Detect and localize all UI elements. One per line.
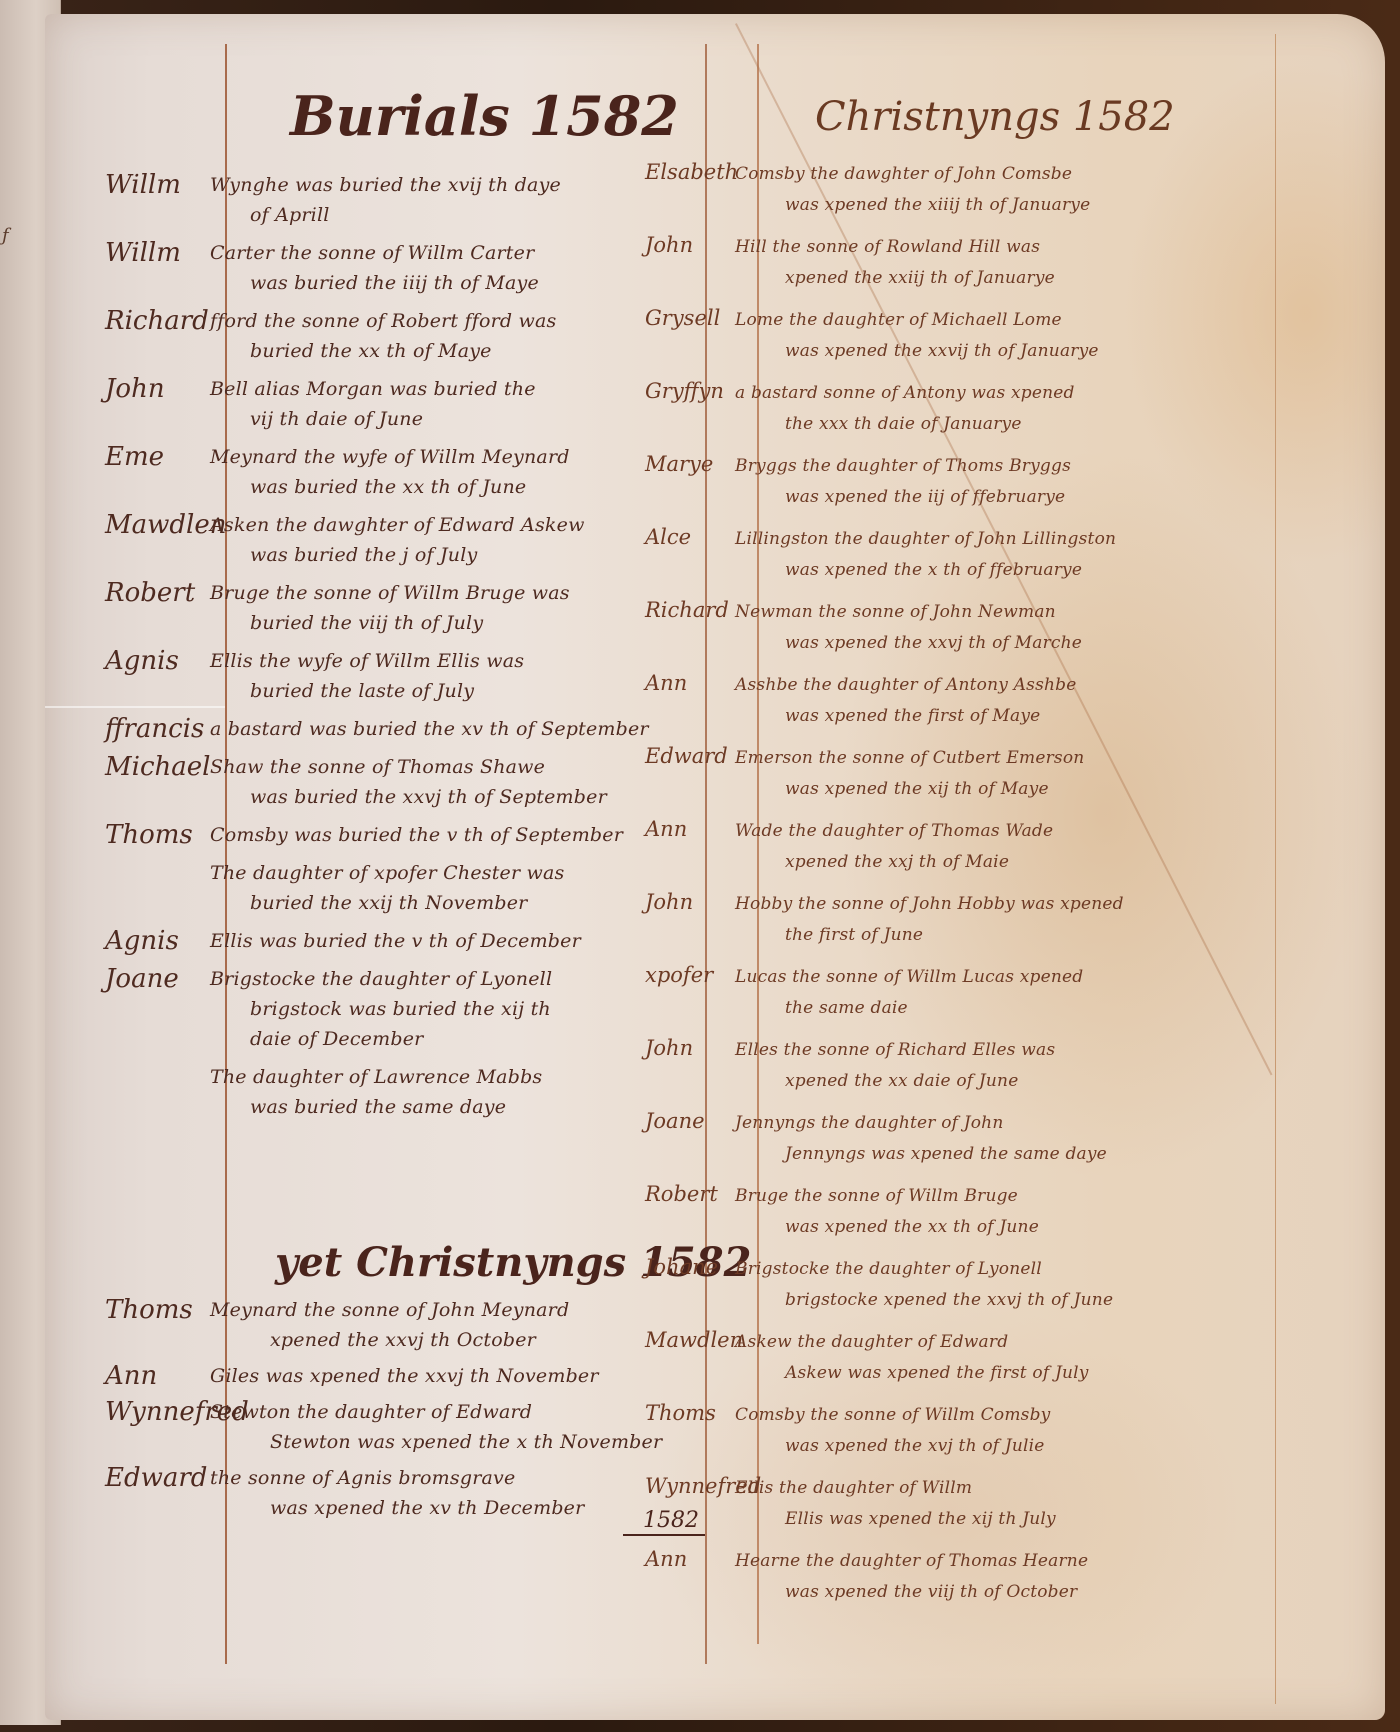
entry-text-line: Newman the sonne of John Newman xyxy=(735,602,1056,622)
entry-text-line: was xpened the xx th of June xyxy=(785,1217,1039,1237)
entry-name: Grysell xyxy=(645,306,720,330)
entry-text-line: Jennyngs was xpened the same daye xyxy=(785,1144,1107,1164)
entry-text-line: Ellis the wyfe of Willm Ellis was xyxy=(210,650,524,672)
entry-text-line: daie of December xyxy=(250,1028,423,1050)
entry-text-line: xpened the xxiij th of Januarye xyxy=(785,268,1055,288)
entry-text-line: the xxx th daie of Januarye xyxy=(785,414,1022,434)
entry-name: Eme xyxy=(105,442,164,472)
entry-name: Ann xyxy=(645,671,687,695)
entry-text-line: was buried the iiij th of Maye xyxy=(250,272,539,294)
entry-text-line: Stewton the daughter of Edward xyxy=(210,1401,532,1423)
entry-text-line: was xpened the xxvj th of Marche xyxy=(785,633,1082,653)
entry-text-line: Jennyngs the daughter of John xyxy=(735,1113,1003,1133)
entry-name: Agnis xyxy=(105,926,179,956)
entry-text-line: xpened the xxvj th October xyxy=(270,1329,536,1351)
entry-name: John xyxy=(645,890,693,914)
entry-name: Richard xyxy=(105,306,209,336)
entry-name: Edward xyxy=(105,1463,207,1493)
entry-name: Gryffyn xyxy=(645,379,724,403)
entry-name: John xyxy=(105,374,165,404)
entry-text-line: was xpened the xiiij th of Januarye xyxy=(785,195,1090,215)
entry-name: Michael xyxy=(105,752,210,782)
entry-text-line: a bastard sonne of Antony was xpened xyxy=(735,383,1075,403)
entry-name: Johane xyxy=(645,1255,718,1279)
entry-text-line: brigstocke xpened the xxvj th of June xyxy=(785,1290,1113,1310)
entry-text-line: was xpened the viij th of October xyxy=(785,1582,1077,1602)
entry-text-line: Shaw the sonne of Thomas Shawe xyxy=(210,756,545,778)
entry-text-line: Ellis was buried the v th of December xyxy=(210,930,581,952)
entry-text-line: Lome the daughter of Michaell Lome xyxy=(735,310,1062,330)
entry-name: xpofer xyxy=(645,963,713,987)
entry-text-line: was buried the same daye xyxy=(250,1096,506,1118)
entry-name: Elsabeth xyxy=(645,160,738,184)
entry-text-line: was buried the j of July xyxy=(250,544,477,566)
entry-name: Robert xyxy=(645,1182,718,1206)
entry-text-line: was buried the xx th of June xyxy=(250,476,526,498)
entry-name: Marye xyxy=(645,452,713,476)
entry-text-line: Bryggs the daughter of Thoms Bryggs xyxy=(735,456,1071,476)
entry-name: Ann xyxy=(645,1547,687,1571)
entry-text-line: Hobby the sonne of John Hobby was xpened xyxy=(735,894,1124,914)
entry-name: John xyxy=(645,1036,693,1060)
entry-text-line: Meynard the wyfe of Willm Meynard xyxy=(210,446,570,468)
entry-name: Agnis xyxy=(105,646,179,676)
entry-text-line: Stewton was xpened the x th November xyxy=(270,1431,662,1453)
entry-name: Mawdlen xyxy=(645,1328,743,1352)
entry-text-line: Ellis the daughter of Willm xyxy=(735,1478,972,1498)
entry-text-line: Lillingston the daughter of John Lilling… xyxy=(735,529,1116,549)
entry-text-line: vij th daie of June xyxy=(250,408,423,430)
entry-text-line: Elles the sonne of Richard Elles was xyxy=(735,1040,1055,1060)
entry-text-line: Comsby the dawghter of John Comsbe xyxy=(735,164,1072,184)
entry-text-line: Wade the daughter of Thomas Wade xyxy=(735,821,1053,841)
entry-text-line: was xpened the xvj th of Julie xyxy=(785,1436,1045,1456)
entry-text-line: Meynard the sonne of John Meynard xyxy=(210,1299,569,1321)
entry-name: Thoms xyxy=(105,1295,193,1325)
entry-name: Alce xyxy=(645,525,691,549)
entry-text-line: Giles was xpened the xxvj th November xyxy=(210,1365,599,1387)
entry-name: Thoms xyxy=(105,820,193,850)
entry-text-line: Ellis was xpened the xij th July xyxy=(785,1509,1056,1529)
entry-name: Joane xyxy=(645,1109,705,1133)
entry-name: Joane xyxy=(105,964,179,994)
entry-name: John xyxy=(645,233,693,257)
entry-name: Willm xyxy=(105,238,181,268)
entry-text-line: was xpened the xxvij th of Januarye xyxy=(785,341,1099,361)
entry-text-line: brigstock was buried the xij th xyxy=(250,998,551,1020)
entry-name: Edward xyxy=(645,744,728,768)
entry-name: Mawdlen xyxy=(105,510,226,540)
register-page: Burials 1582 Christnyngs 1582 yet Christ… xyxy=(45,14,1385,1720)
entry-text-line: Carter the sonne of Willm Carter xyxy=(210,242,534,264)
entry-text-line: Bell alias Morgan was buried the xyxy=(210,378,536,400)
entry-text-line: was xpened the first of Maye xyxy=(785,706,1040,726)
burials-heading: Burials 1582 xyxy=(290,84,679,148)
entry-text-line: Lucas the sonne of Willm Lucas xpened xyxy=(735,967,1083,987)
entry-text-line: the sonne of Agnis bromsgrave xyxy=(210,1467,515,1489)
entry-text-line: Emerson the sonne of Cutbert Emerson xyxy=(735,748,1084,768)
entry-text-line: The daughter of xpofer Chester was xyxy=(210,862,564,884)
entry-text-line: Askew the daughter of Edward xyxy=(735,1332,1008,1352)
entry-text-line: a bastard was buried the xv th of Septem… xyxy=(210,718,649,740)
entry-text-line: was xpened the iij of ffebruarye xyxy=(785,487,1065,507)
entry-text-line: fford the sonne of Robert fford was xyxy=(210,310,556,332)
entry-text-line: buried the xx th of Maye xyxy=(250,340,492,362)
entry-text-line: Wynghe was buried the xvij th daye xyxy=(210,174,561,196)
margin-mark: ƒ xyxy=(2,225,9,246)
footer-year: 1582 xyxy=(643,1508,699,1533)
entry-text-line: Asken the dawghter of Edward Askew xyxy=(210,514,585,536)
entry-text-line: Askew was xpened the first of July xyxy=(785,1363,1089,1383)
entry-text-line: the first of June xyxy=(785,925,923,945)
entry-text-line: buried the xxij th November xyxy=(250,892,527,914)
entry-text-line: xpened the xx daie of June xyxy=(785,1071,1018,1091)
entry-name: Robert xyxy=(105,578,195,608)
entry-text-line: xpened the xxj th of Maie xyxy=(785,852,1009,872)
entry-text-line: was xpened the x th of ffebruarye xyxy=(785,560,1082,580)
footer-rule xyxy=(623,1534,705,1536)
christnyngs-heading: Christnyngs 1582 xyxy=(815,94,1175,140)
entry-text-line: Bruge the sonne of Willm Bruge was xyxy=(210,582,570,604)
entry-name: Ann xyxy=(645,817,687,841)
entry-name: Richard xyxy=(645,598,729,622)
entry-text-line: was buried the xxvj th of September xyxy=(250,786,607,808)
entry-name: Thoms xyxy=(645,1401,716,1425)
entry-text-line: Comsby the sonne of Willm Comsby xyxy=(735,1405,1050,1425)
entry-text-line: Bruge the sonne of Willm Bruge xyxy=(735,1186,1018,1206)
entry-text-line: of Aprill xyxy=(250,204,330,226)
entry-text-line: The daughter of Lawrence Mabbs xyxy=(210,1066,542,1088)
entry-text-line: was xpened the xij th of Maye xyxy=(785,779,1049,799)
entry-text-line: buried the viij th of July xyxy=(250,612,483,634)
entry-text-line: the same daie xyxy=(785,998,908,1018)
entry-text-line: Hill the sonne of Rowland Hill was xyxy=(735,237,1040,257)
entry-name: Ann xyxy=(105,1361,157,1391)
entry-text-line: Hearne the daughter of Thomas Hearne xyxy=(735,1551,1088,1571)
entry-name: ffrancis xyxy=(105,714,204,744)
fold-line-right xyxy=(1275,34,1276,1704)
entry-text-line: Asshbe the daughter of Antony Asshbe xyxy=(735,675,1076,695)
entry-text-line: was xpened the xv th December xyxy=(270,1497,584,1519)
margin-rule-right xyxy=(757,44,759,1644)
entry-text-line: buried the laste of July xyxy=(250,680,474,702)
entry-text-line: Brigstocke the daughter of Lyonell xyxy=(210,968,552,990)
entry-name: Willm xyxy=(105,170,181,200)
entry-text-line: Comsby was buried the v th of September xyxy=(210,824,623,846)
entry-text-line: Brigstocke the daughter of Lyonell xyxy=(735,1259,1042,1279)
fold-crease xyxy=(45,706,225,708)
